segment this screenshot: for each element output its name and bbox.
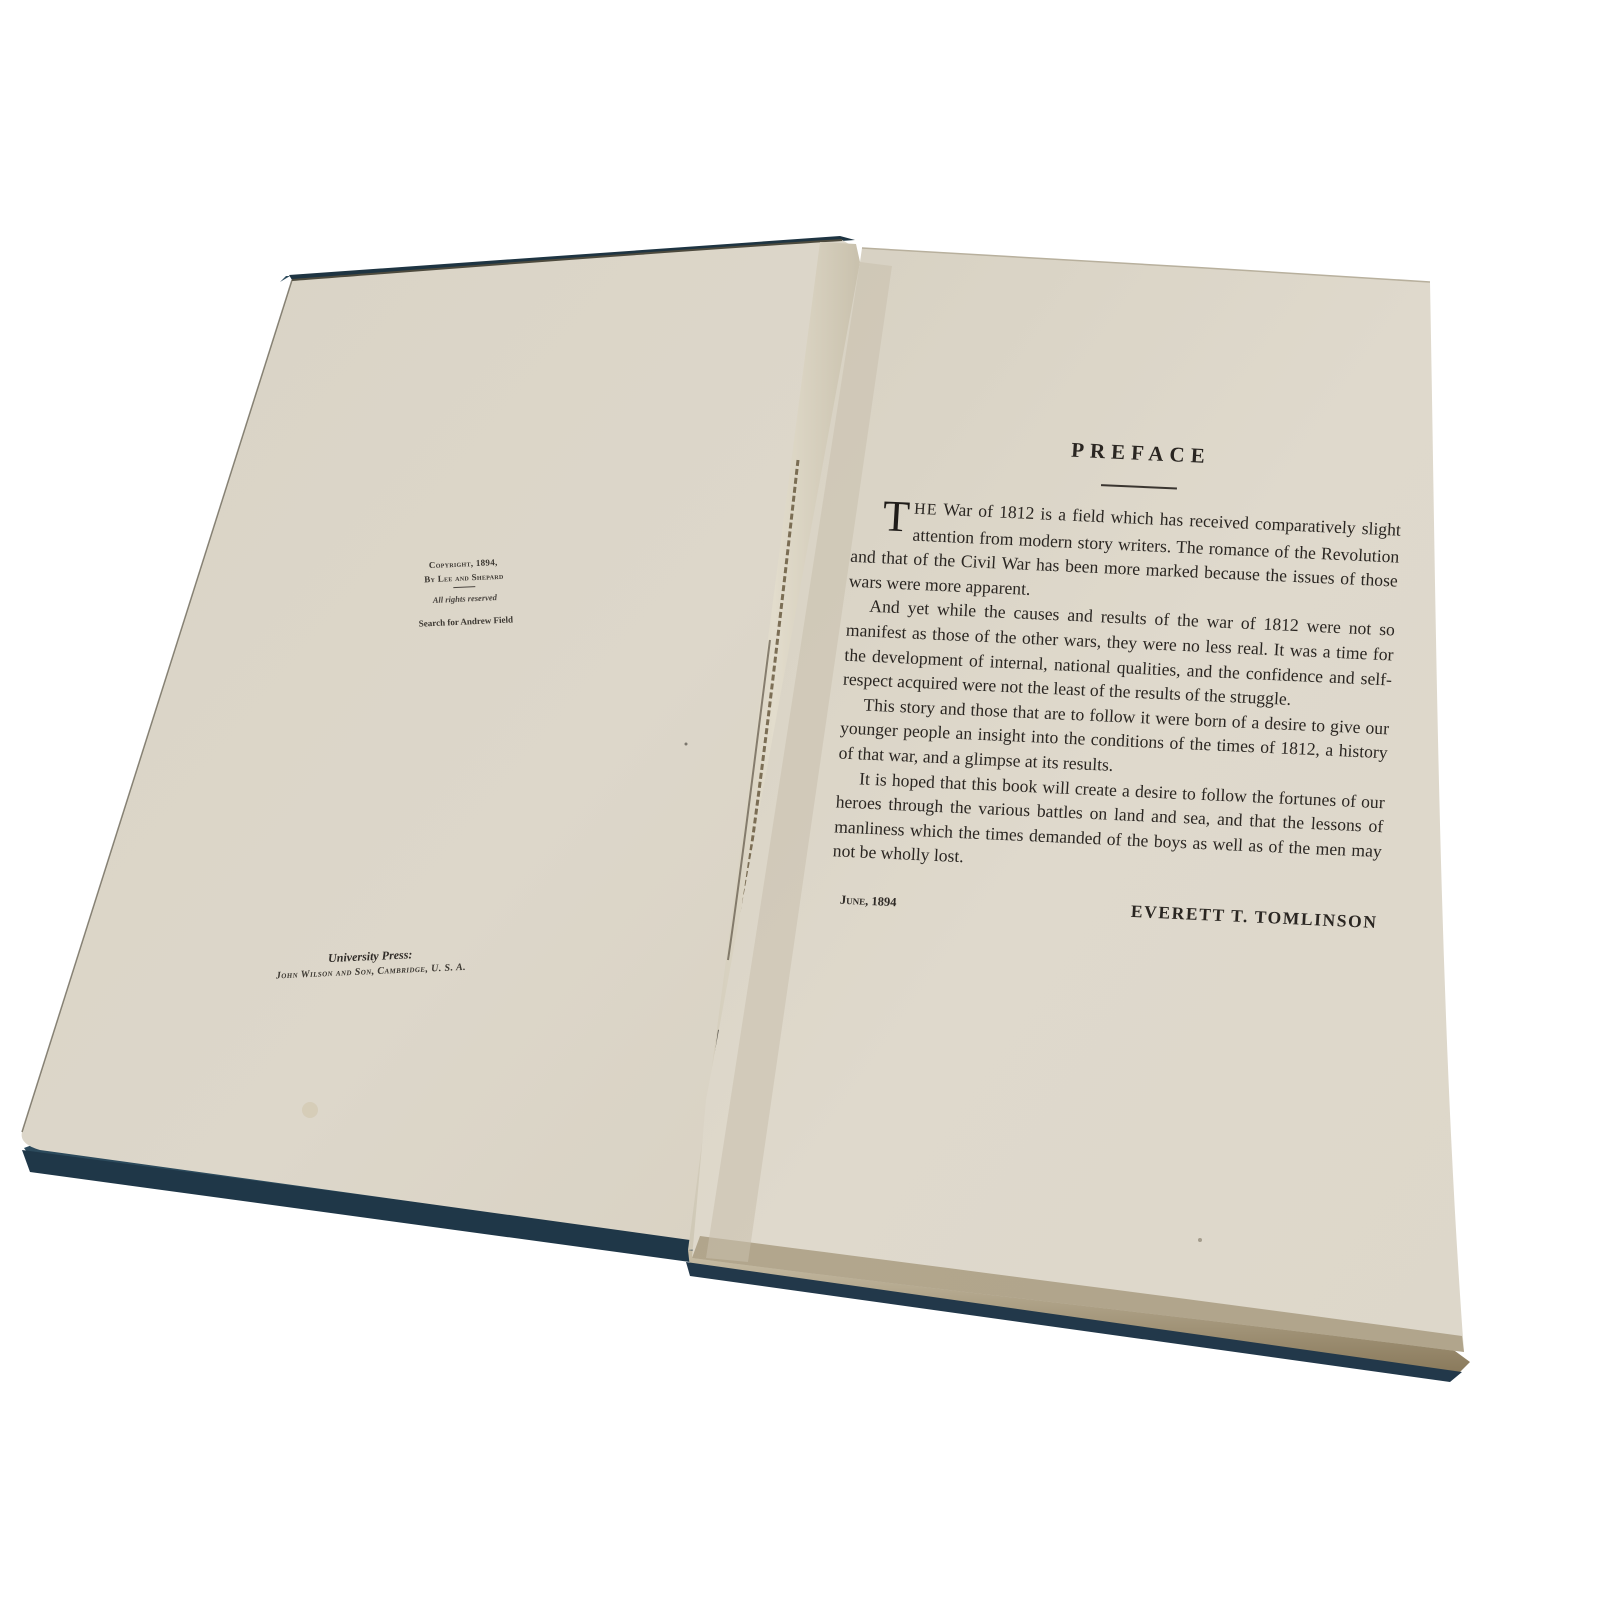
rights-reserved: All rights reserved — [390, 588, 540, 609]
preface-date: June, 1894 — [830, 892, 897, 910]
title-divider — [1101, 484, 1177, 489]
first-word-rest: HE — [914, 501, 938, 519]
preface-page: PREFACE THE War of 1812 is a field which… — [829, 428, 1405, 933]
copyright-notice: Copyright, 1894, By Lee and Shepard All … — [388, 553, 541, 633]
preface-body: THE War of 1812 is a field which has rec… — [832, 493, 1401, 888]
copyright-divider — [453, 586, 475, 588]
open-book-photo: Copyright, 1894, By Lee and Shepard All … — [0, 0, 1600, 1600]
drop-cap: T — [882, 496, 911, 537]
